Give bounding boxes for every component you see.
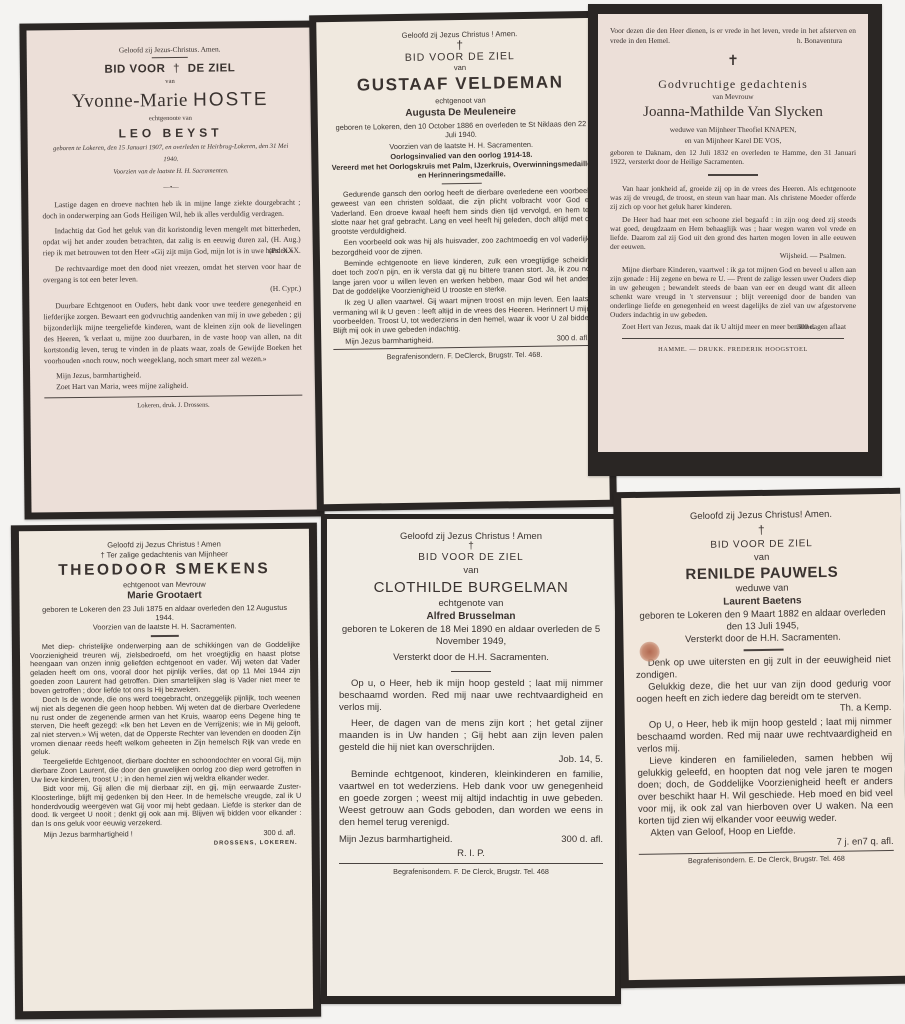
relation-line: weduwe van Mijnheer Theofiel KNAPEN, — [610, 125, 856, 134]
spouse-name: LEO BEYST — [41, 125, 299, 142]
printer-credit: HAMME. — DRUKK. FREDERIK HOOGSTOEL — [610, 345, 856, 354]
subheader: † Ter zalige gedachtenis van Mijnheer — [29, 549, 299, 560]
sacraments-line: Versterkt door de H.H. Sacramenten. — [339, 652, 603, 663]
van-label: van — [339, 565, 603, 576]
indulgence-note: 300 d. afl. — [263, 828, 295, 837]
paragraph: Een voorbeeld ook was hij als huisvader,… — [332, 234, 594, 257]
paragraph: Bidt voor mij, Gij allen die mij dierbaa… — [31, 783, 301, 829]
divider — [743, 649, 783, 652]
deceased-name: CLOTHILDE BURGELMAN — [339, 579, 603, 596]
divider — [622, 338, 844, 339]
indulgence-note: 300 d. afl. — [561, 834, 603, 845]
prayer-text-2: DE ZIEL — [188, 62, 236, 74]
divider — [451, 671, 491, 672]
deceased-name: Joanna-Mathilde Van Slycken — [610, 104, 856, 121]
sacraments-line: Voorzien van de laatste H. H. Sacramente… — [30, 621, 300, 632]
paragraph: Beminde echtgenoot, kinderen, kleinkinde… — [339, 769, 603, 829]
card-paper: Geloofd zij Jezus Christus ! Amen † Ter … — [19, 529, 313, 1012]
cross-icon: † — [339, 542, 603, 552]
paragraph: Van haar jonkheid af, groeide zij op in … — [610, 184, 856, 211]
van-label: van Mevrouw — [610, 92, 856, 101]
closing-line: Mijn Jezus barmhartigheid. — [339, 834, 453, 845]
birth-death-dates: geboren te Lokeren, den 15 Januari 1907,… — [42, 141, 300, 168]
birth-death-dates: geboren te Lokeren, den 10 October 1886 … — [330, 119, 592, 141]
cross-icon: † — [173, 63, 180, 75]
paragraph: Indachtig dat God het geluk van dit kori… — [43, 223, 301, 259]
paragraph: Beminde echtgenoote en lieve kinderen, z… — [332, 255, 595, 296]
closing-line: Zoet Hart van Maria, wees mijne zalighei… — [44, 379, 302, 393]
divider — [152, 57, 188, 58]
paragraph: Lastige dagen en droeve nachten heb ik i… — [42, 197, 300, 222]
paragraph: Gedurende gansch den oorlog heeft de die… — [331, 186, 594, 237]
divider — [339, 863, 603, 864]
prayer-heading: BID VOOR † DE ZIEL — [41, 62, 299, 77]
card-paper: Geloofd zij Jezus-Christus. Amen. BID VO… — [26, 28, 317, 513]
indulgence-note: 300 d. afl. — [557, 333, 590, 343]
divider — [708, 174, 758, 176]
birth-death-dates: geboren te Lokeren de 18 Mei 1890 en ald… — [339, 624, 603, 648]
paragraph: Duurbare Echtgenoot en Ouders, hebt dank… — [43, 298, 302, 367]
spouse-name: Alfred Brusselman — [339, 611, 603, 622]
birth-death-dates: geboren te Daknam, den 12 Juli 1832 en o… — [610, 148, 856, 166]
divider — [442, 183, 482, 185]
scripture-ref: Wijsheid. — Psalmen. — [610, 251, 856, 260]
deceased-name: GUSTAAF VELDEMAN — [329, 72, 591, 96]
prayer-text: BID VOOR — [104, 63, 165, 76]
ornament: —•— — [42, 182, 300, 194]
paragraph: Ik zeg U allen vaartwel. Gij waart mijne… — [333, 294, 596, 335]
cross-icon: † — [634, 521, 889, 539]
first-name: Yvonne-Marie — [72, 90, 188, 112]
rip-line: R. I. P. — [339, 848, 603, 859]
divider — [44, 395, 302, 399]
printer-credit: DROSSENS, LOKEREN. — [32, 839, 302, 850]
printer-credit: Lokeren, druk. J. Drossens. — [44, 400, 302, 412]
relation-label: echtgenoote van — [41, 113, 299, 125]
paragraph: De rechtvaardige moet den dood niet vree… — [43, 261, 301, 286]
paragraph: Heer, de dagen van de mens zijn kort ; h… — [339, 718, 603, 754]
closing-line: Mijn Jezus barmhartigheid ! — [44, 829, 133, 839]
card-paper: Geloofd zij Jezus Christus ! Amen. † BID… — [316, 18, 610, 504]
van-label: van — [41, 76, 299, 88]
paragraph: Mijne dierbare Kinderen, vaartwel : ik g… — [610, 265, 856, 319]
sacraments-line: Voorzien van de laatste H. H. Sacramente… — [42, 165, 300, 180]
printer-credit: Begrafenisondern. E. De Clerck, Brugstr.… — [639, 853, 894, 866]
scripture-ref: Job. 14, 5. — [339, 754, 603, 765]
paragraph: Op U, o Heer, heb ik mijn hoop gesteld ;… — [637, 716, 893, 756]
paragraph: De Heer had haar met een schoone ziel be… — [610, 215, 856, 251]
memorial-card-smekens: Geloofd zij Jezus Christus ! Amen † Ter … — [11, 523, 321, 1020]
paragraph: Teergeliefde Echtgenoot, dierbare dochte… — [31, 756, 301, 784]
paragraph: Met diep- christelijke onderwerping aan … — [30, 641, 300, 696]
paragraph: Op u, o Heer, heb ik mijn hoop gesteld ;… — [339, 678, 603, 714]
deceased-name: Yvonne-Marie HOSTE — [41, 89, 299, 114]
closing-row: Mijn Jezus barmhartigheid ! 300 d. afl. — [32, 828, 302, 839]
memorial-card-hoste: Geloofd zij Jezus-Christus. Amen. BID VO… — [19, 20, 324, 519]
memorial-card-veldeman: Geloofd zij Jezus Christus ! Amen. † BID… — [309, 11, 617, 512]
last-name: HOSTE — [193, 89, 269, 111]
spouse-name: Augusta De Meuleneire — [330, 105, 592, 120]
card-paper: Geloofd zij Jezus Christus! Amen. † BID … — [621, 494, 905, 980]
birth-death-dates: geboren te Lokeren den 23 Juli 1875 en a… — [30, 603, 300, 623]
memorial-card-van-slycken: Voor dezen die den Heer dienen, is er vr… — [588, 4, 882, 476]
paragraph: Doch Is de wonde, die ons werd toegebrac… — [30, 694, 301, 757]
closing-line: Mijn Jezus barmhartigheid. — [345, 336, 433, 346]
cross-icon: ✝ — [610, 55, 856, 69]
spouse-name: Marie Grootaert — [29, 589, 299, 602]
printer-credit: Begrafenisondern. F. DeClerck, Brugstr. … — [333, 349, 595, 362]
closing-row: Mijn Jezus barmhartigheid. 300 d. afl. — [333, 333, 595, 346]
memorial-card-burgelman: Geloofd zij Jezus Christus ! Amen † BID … — [321, 514, 621, 1004]
printer-credit: Begrafenisondern. F. De Clerck, Brugstr.… — [339, 867, 603, 876]
card-paper: Geloofd zij Jezus Christus ! Amen † BID … — [327, 519, 615, 996]
memorial-title: Godvruchtige gedachtenis — [610, 77, 856, 92]
prayer-heading: BID VOOR DE ZIEL — [339, 552, 603, 563]
relation-line: en van Mijnheer Karel DE VOS, — [610, 136, 856, 145]
relation-label: echtgenote van — [339, 598, 603, 609]
divider — [151, 635, 179, 637]
card-header: Geloofd zij Jezus-Christus. Amen. — [41, 44, 299, 56]
memorial-card-pauwels: Geloofd zij Jezus Christus! Amen. † BID … — [613, 488, 905, 988]
card-paper: Voor dezen die den Heer dienen, is er vr… — [598, 14, 868, 452]
closing-row: Mijn Jezus barmhartigheid. 300 d. afl. — [339, 834, 603, 845]
paragraph: Lieve kinderen en familieleden, samen he… — [637, 752, 893, 828]
honors-line: Vereerd met het Oorlogskruis met Palm, I… — [330, 159, 592, 181]
deceased-name: THEODOOR SMEKENS — [29, 560, 299, 580]
